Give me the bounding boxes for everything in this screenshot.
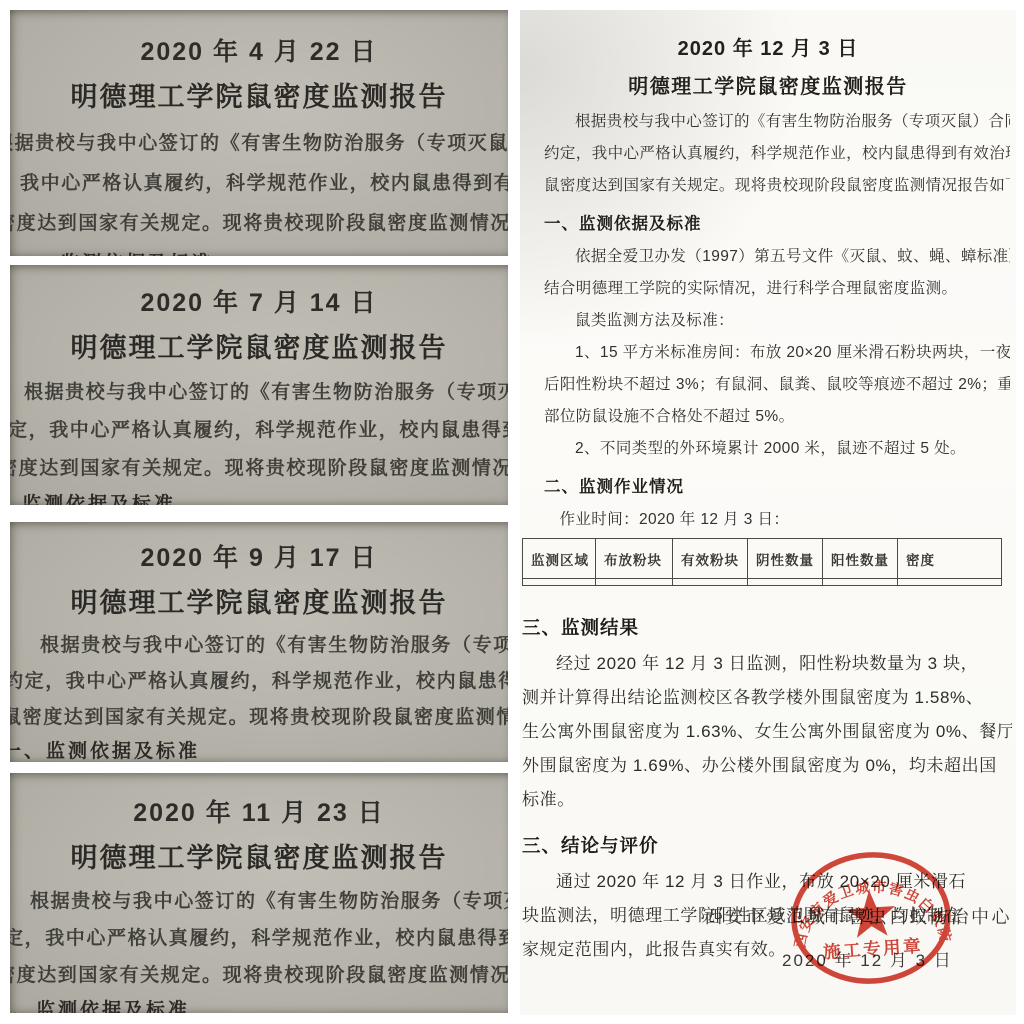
report-card-2020-09-17: 2020 年 9 月 17 日 明德理工学院鼠密度监测报告 根据贵校与我中心签订… [10, 522, 508, 762]
section1-line: 部位防鼠设施不合格处不超过 5%。 [544, 407, 1010, 426]
report-title: 明德理工学院鼠密度监测报告 [10, 836, 508, 875]
report-body-line: 密度达到国家有关规定。现将贵校现阶段鼠密度监测情况报告如 [10, 965, 508, 986]
report-body-line: 密度达到国家有关规定。现将贵校现阶段鼠密度监测情况报告 [10, 458, 508, 479]
report-title: 明德理工学院鼠密度监测报告 [10, 581, 508, 620]
table-header-cell: 密度 [898, 539, 1002, 579]
report-date: 2020 年 11 月 23 日 [10, 793, 508, 829]
work-time-line: 作业时间：2020 年 12 月 3 日： [544, 510, 1010, 529]
section3-line: 外围鼠密度为 1.69%、办公楼外围鼠密度为 0%，均未超出国 [522, 755, 1012, 776]
document-collage: 2020 年 4 月 22 日 明德理工学院鼠密度监测报告 根据贵校与我中心签订… [0, 0, 1024, 1024]
table-header-cell: 有效粉块 [673, 539, 748, 579]
table-header-cell: 监测区域 [523, 539, 596, 579]
stamp-label: 施工专用章 [823, 935, 924, 962]
section2-heading: 二、监测作业情况 [544, 473, 1010, 497]
section3-line: 生公寓外围鼠密度为 1.63%、女生公寓外围鼠密度为 0%、餐厅 [522, 721, 1012, 742]
main-report-title: 明德理工学院鼠密度监测报告 [520, 70, 1016, 99]
report-body-line: 定，我中心严格认真履约，科学规范作业，校内鼠患得到有效治 [10, 420, 508, 441]
section1-line: 1、15 平方米标准房间：布放 20×20 厘米滑石粉块两块，一夜 [544, 343, 1010, 362]
main-report-page: 2020 年 12 月 3 日 明德理工学院鼠密度监测报告 根据贵校与我中心签订… [520, 10, 1016, 1015]
section1-line: 后阳性粉块不超过 3%；有鼠洞、鼠粪、鼠咬等痕迹不超过 2%；重点 [544, 375, 1010, 394]
report-body-line: 约定，我中心严格认真履约，科学规范作业，校内鼠患得到有效治理 [10, 671, 508, 692]
section3-line: 测并计算得出结论监测校区各教学楼外围鼠密度为 1.58%、 [522, 687, 1012, 708]
section1-heading: 一、监测依据及标准 [544, 210, 1010, 234]
report-section-line: 、监测依据及标准 [14, 1000, 508, 1013]
report-date: 2020 年 7 月 14 日 [10, 283, 508, 319]
intro-line: 约定，我中心严格认真履约，科学规范作业，校内鼠患得到有效治理， [544, 144, 1010, 163]
report-card-2020-07-14: 2020 年 7 月 14 日 明德理工学院鼠密度监测报告 根据贵校与我中心签订… [10, 265, 508, 505]
report-body-line: 定，我中心严格认真履约，科学规范作业，校内鼠患得到有效治 [10, 928, 508, 949]
section3-line: 标准。 [522, 789, 1012, 810]
report-body-line: 根据贵校与我中心签订的《有害生物防治服务（专项灭鼠）合 [24, 382, 508, 403]
table-header-cell: 阳性数量 [823, 539, 898, 579]
report-section-line: 一、监测依据及标准 [10, 741, 508, 762]
report-date: 2020 年 4 月 22 日 [10, 32, 508, 68]
main-report-date: 2020 年 12 月 3 日 [520, 32, 1016, 61]
table-header-cell: 布放粉块 [596, 539, 673, 579]
report-body-line: 根据贵校与我中心签订的《有害生物防治服务（专项灭鼠）合 [30, 891, 508, 912]
report-body-line: 鼠密度达到国家有关规定。现将贵校现阶段鼠密度监测情况报告如 [10, 707, 508, 728]
report-section-line: 监测依据及标准 [22, 494, 508, 505]
section1-line: 鼠类监测方法及标准： [544, 311, 1010, 330]
official-stamp: 西安市爱卫城市害虫白蚁防治中心 施工专用章 [781, 840, 961, 997]
table-header-row: 监测区域 布放粉块 有效粉块 阴性数量 阳性数量 密度 [523, 539, 1002, 579]
report-title: 明德理工学院鼠密度监测报告 [10, 326, 508, 365]
report-card-2020-11-23: 2020 年 11 月 23 日 明德理工学院鼠密度监测报告 根据贵校与我中心签… [10, 773, 508, 1013]
report-title: 明德理工学院鼠密度监测报告 [10, 75, 508, 114]
report-body-line: 根据贵校与我中心签订的《有害生物防治服务（专项灭鼠）合同 [40, 635, 508, 656]
report-body-line: 根据贵校与我中心签订的《有害生物防治服务（专项灭鼠） [10, 133, 508, 154]
report-body-line: 我中心严格认真履约，科学规范作业，校内鼠患得到有效 [20, 173, 508, 194]
report-date: 2020 年 9 月 17 日 [10, 538, 508, 574]
monitor-table: 监测区域 布放粉块 有效粉块 阴性数量 阳性数量 密度 [522, 538, 1002, 586]
report-top-section: 根据贵校与我中心签订的《有害生物防治服务（专项灭鼠）合同》 约定，我中心严格认真… [520, 112, 1016, 529]
table-empty-row [523, 579, 1002, 586]
table-header-cell: 阴性数量 [748, 539, 823, 579]
section1-line: 2、不同类型的外环境累计 2000 米，鼠迹不超过 5 处。 [544, 439, 1010, 458]
section3-line: 经过 2020 年 12 月 3 日监测，阳性粉块数量为 3 块， [522, 653, 1012, 674]
report-section-line: 一、监测依据及标准 [16, 253, 508, 256]
intro-line: 根据贵校与我中心签订的《有害生物防治服务（专项灭鼠）合同》 [544, 112, 1010, 131]
section3-heading: 三、监测结果 [522, 614, 1012, 640]
section1-line: 依据全爱卫办发（1997）第五号文件《灭鼠、蚊、蝇、蟑标准》， [544, 247, 1010, 266]
section1-line: 结合明德理工学院的实际情况，进行科学合理鼠密度监测。 [544, 279, 1010, 298]
report-body-line: 密度达到国家有关规定。现将贵校现阶段鼠密度监测情况报 [10, 213, 508, 234]
intro-line: 鼠密度达到国家有关规定。现将贵校现阶段鼠密度监测情况报告如下： [544, 176, 1010, 195]
report-card-2020-04-22: 2020 年 4 月 22 日 明德理工学院鼠密度监测报告 根据贵校与我中心签订… [10, 10, 508, 256]
